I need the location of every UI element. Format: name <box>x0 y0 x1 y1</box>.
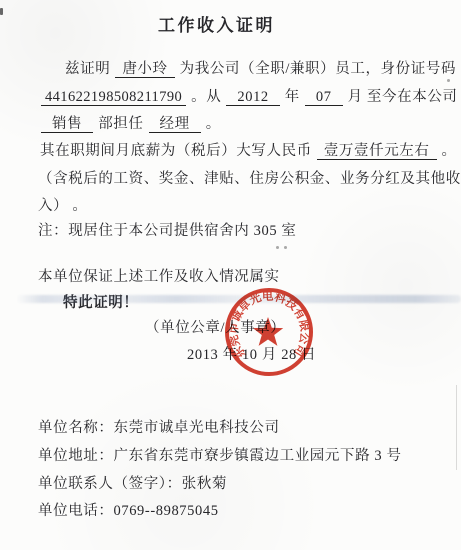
department: 销售 <box>41 116 93 133</box>
certificate-document: 工作收入证明 兹证明唐小玲为我公司（全职/兼职）员工，身份证号码 4416221… <box>0 0 461 550</box>
body-line-2: 441622198508211790。从2012年07月 至今在本公司 <box>38 87 460 107</box>
company-contact-value: 张秋菊 <box>182 476 227 492</box>
line1-suffix: 为我公司（全职/兼职）员工，身份证号码 <box>180 61 456 77</box>
body-line-5: （含税后的工资、奖金、津贴、住房公积金、业务分红及其他收 <box>38 169 461 189</box>
company-seal: 东莞市诚卓光电科技有限公司 <box>222 285 316 379</box>
company-name-row: 单位名称：东莞市诚卓光电科技公司 <box>38 418 280 438</box>
company-address-label: 单位地址： <box>38 448 114 464</box>
line3-end: 。 <box>206 116 221 132</box>
company-phone-value: 0769--89875045 <box>114 503 219 519</box>
seal-star-icon <box>253 317 283 346</box>
line3-mid: 部担任 <box>98 116 143 132</box>
scan-speck <box>447 79 450 82</box>
company-address-row: 单位地址：广东省东莞市寮步镇霞边工业园元下路 3 号 <box>38 446 402 466</box>
employee-name: 唐小玲 <box>115 61 174 78</box>
start-year: 2012 <box>226 89 279 106</box>
company-contact-label: 单位联系人（签字）： <box>38 476 182 492</box>
hereby-certify: 特此证明！ <box>63 293 139 313</box>
year-unit: 年 <box>285 89 300 105</box>
scan-vertical-line <box>456 385 457 470</box>
line2-sep: 。从 <box>191 89 221 105</box>
certificate-title: 工作收入证明 <box>158 11 275 36</box>
guarantee-statement: 本单位保证上述工作及收入情况属实 <box>38 267 280 287</box>
company-phone-label: 单位电话： <box>38 503 114 519</box>
body-line-6: 入） 。 <box>38 196 88 216</box>
salary-end: 。 <box>442 143 457 159</box>
body-line-4: 其在职期间月底薪为（税后）大写人民币壹万壹仟元左右。 <box>38 141 459 161</box>
company-address-value: 广东省东莞市寮步镇霞边工业园元下路 3 号 <box>114 448 402 464</box>
company-phone-row: 单位电话：0769--89875045 <box>38 501 219 521</box>
job-title: 经理 <box>149 116 201 133</box>
id-number: 441622198508211790 <box>41 89 186 106</box>
scan-edge-mark <box>0 8 3 15</box>
salary-amount: 壹万壹仟元左右 <box>317 143 437 160</box>
salary-prefix: 其在职期间月底薪为（税后）大写人民币 <box>40 143 312 159</box>
company-name-value: 东莞市诚卓光电科技公司 <box>114 420 280 436</box>
line1-prefix: 兹证明 <box>65 61 110 77</box>
company-contact-row: 单位联系人（签字）：张秋菊 <box>38 474 227 494</box>
scan-speck <box>276 246 279 249</box>
month-unit: 月 至今在本公司 <box>348 89 458 105</box>
scan-speck <box>284 246 287 249</box>
start-month: 07 <box>305 89 343 106</box>
body-line-3: 销售部担任经理。 <box>38 114 223 134</box>
body-line-1: 兹证明唐小玲为我公司（全职/兼职）员工，身份证号码 <box>63 59 458 79</box>
company-name-label: 单位名称： <box>38 420 114 436</box>
residence-note: 注：现居住于本公司提供宿舍内 305 室 <box>38 221 297 241</box>
